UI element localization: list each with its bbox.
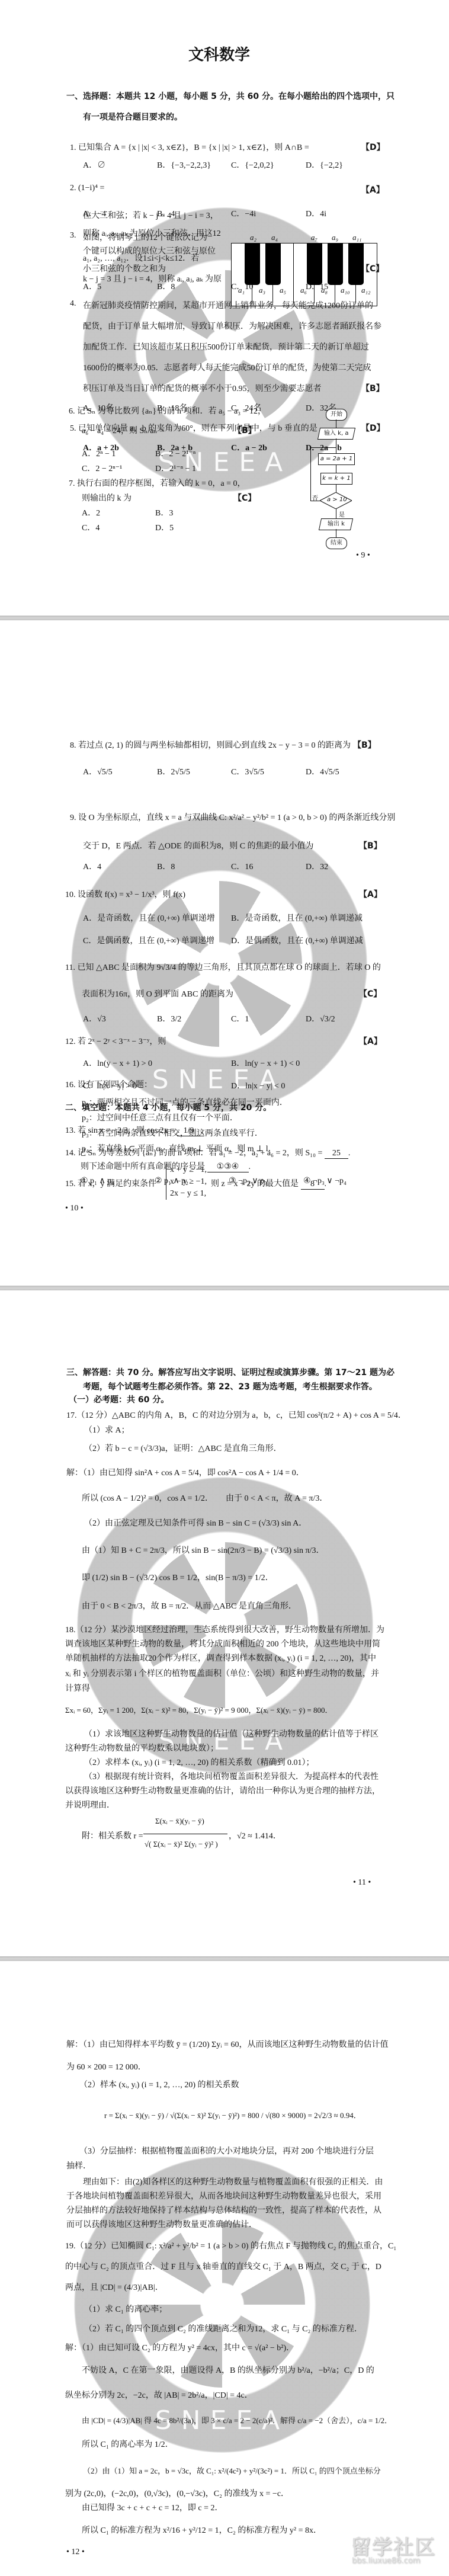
page-10: SNEEA 8. 若过点 (2, 1) 的圆与两坐标轴都相切，则圆心到直线 2x… [0,620,449,1286]
q4-line-5: 积压订单及当日订单的配货的概率不小于0.95，则至少需要志愿者 [83,382,322,394]
q11-option-c: C．1 [231,1013,249,1024]
q18-fraction-bar [143,1834,227,1834]
q18-solution-5: （3）分层抽样：根据植物覆盖面积的大小对地块分层，再对 200 个地块进行分层 [79,2145,374,2157]
section3-sub: （一）必考题：共 60 分。 [69,1393,169,1405]
q3-stem-line-6: 个键可以构成的原位大三和弦与原位 [83,245,216,257]
q2-option-d: D．4i [306,207,326,219]
q16-prop-2: p₂：过空间中任意三点有且仅有一个平面． [82,1111,238,1123]
section1-heading: 一、选择题：本题共 12 小题，每小题 5 分，共 60 分。在每小题给出的四个… [66,90,395,102]
fc-yes: 是 [339,510,345,518]
page-separator-2 [0,1286,449,1290]
q12-stem: 12. 若 2ˣ − 2ʸ < 3⁻ˣ − 3⁻ʸ，则 [65,1035,166,1047]
q3-answer: 【C】 [361,262,384,274]
q9-option-a: A．4 [83,860,101,872]
q3-option-c: C．10 [231,280,253,292]
section3-heading: 三、解答题：共 70 分。解答应写出文字说明、证明过程或演算步骤。第 17～21… [66,1366,395,1378]
key-label-a7: a₇ [311,233,317,242]
q19-solution-3: 纵坐标分别为 2c，−2c，故 |AB| = 2b²/a，|CD| = 4c． [65,2389,253,2401]
q19-part-1: （1）求 C₁ 的离心率； [84,2303,167,2315]
q19-solution-4: 由 |CD| = (4/3)|AB| 得 4c = 8b²/(3a)，即 3 ×… [82,2414,392,2426]
q19-solution-9: 所以 C₁ 的标准方程为 x²/16 + y²/12 = 1，C₂ 的标准方程为… [82,2524,322,2536]
q4-line-3: 加配货工作．已知该超市某日积压500份订单未配货，预计第二天的新订单超过 [83,341,369,353]
q11-option-b: B．3/2 [157,1013,181,1024]
key-label-a12: a₁₂ [361,286,371,295]
q9-option-d: D．32 [306,860,328,872]
q9-line-2: 交于 D，E 两点．若 △ODE 的面积为8，则 C 的焦距的最小值为 [83,840,314,851]
q4-line-2: 配货，由于订单量大幅增加，导致订单积压．为解决困难，许多志愿者踊跃报名参 [83,320,381,332]
q10-option-c: C．是偶函数，且在 (0,+∞) 单调递增 [83,934,214,946]
section1-heading-2: 有一项是符合题目要求的。 [83,111,182,123]
q19-line-3: 两点，且 |CD| = (4/3)|AB|． [65,2281,163,2293]
q3-option-b: B．8 [157,280,175,292]
q1-option-a: A．∅ [83,159,105,171]
q18-solution-7: 理由如下：由(2)知各样区的这种野生动物数量与植物覆盖面积有很强的正相关．由 [83,2175,383,2187]
q6-stem-2-shown: a₆ − a₄ = 24，则 Sₙ/aₙ = [82,424,164,436]
q8-option-b: B．2√5/5 [157,765,190,777]
q18-part-3a: （3）根据现有统计资料，各地块间植物覆盖面积差异很大．为提高样本的代表性 [84,1770,379,1782]
site-watermark-title: 留学社区 [351,2531,436,2560]
q16-choice-1: ① p₁ ∧ p₄ [81,1176,114,1186]
q15-constraint-3: 2x − y ≤ 1, [170,1188,207,1200]
fc-output: 输出 k [319,518,353,530]
fc-start: 开始 [326,409,347,421]
q8-option-a: A．√5/5 [83,765,113,777]
q9-option-c: C．16 [231,860,253,872]
q18-part-1b: 这种野生动物数量的平均数乘以地块数）； [65,1742,219,1754]
q19-part-2: （2）若 C₁ 的四个顶点到 C₂ 的准线距离之和为12，求 C₁ 与 C₂ 的… [84,2322,363,2334]
key-label-a4: a₄ [271,233,278,242]
q8-answer: 【B】 [353,739,376,751]
q14-answer-blank: 25 [325,1149,348,1159]
q3-stem-line-4: 位大三和弦；若 k − j = 4 且 j − i = 3， [83,209,219,221]
q1-answer: 【D】 [361,141,385,153]
q18-appendix-den: √( Σ(xᵢ − x̄)² Σ(yᵢ − ȳ)² ) [145,1840,218,1849]
q18-part-3b: 以获得该地区这种野生动物数量更准确的估计，请给出一种你认为更合理的抽样方法， [65,1784,380,1796]
q16-answer-blank: ①③④ [207,1162,249,1172]
q9-option-b: B．8 [157,860,175,872]
q3-stem-line-5: 则称 aᵢ, aⱼ, aₖ 为原位小三和弦．用这12 [83,227,221,239]
section3-heading-2: 考题，每个试题考生都必须作答。第 22、23 题为选考题，考生根据要求作答。 [83,1380,377,1392]
page-number-11: • 11 • [353,1878,371,1888]
q19-solution-8: 由已知得 3c + c + c + c = 12，即 c = 2． [82,2501,223,2513]
q18-part-3c: 并说明理由． [65,1799,115,1811]
q9-line-1: 9. 设 O 为坐标原点，直线 x = a 与双曲线 C: x²/a² − y²… [70,811,395,823]
q18-solution-6: 抽样． [66,2160,91,2171]
q5-option-c: C．a − 2b [231,441,267,453]
q18-part-1a: （1）求该地区这种野生动物数量的估计值（这种野生动物数量的估计值等于样区 [84,1728,379,1739]
page-9: SNEEA 文科数学 一、选择题：本题共 12 小题，每小题 5 分，共 60 … [0,0,449,616]
q19-line-1: 19.（12 分）已知椭圆 C₁: x²/a² + y²/b² = 1 (a >… [65,2239,396,2251]
q2-stem: 2. (1−i)⁴ = [70,184,104,193]
q19-solution-2: 不妨设 A，C 在第一象限，由题设得 A，B 的纵坐标分别为 b²/a，−b²/… [82,2364,374,2376]
q11-option-a: A．√3 [83,1013,106,1024]
q18-line-5: 计算得 [65,1682,90,1694]
page-12: SNEEA 解：（1）由已知得样本平均数 ȳ = (1/20) Σyᵢ = 60… [0,1961,449,2576]
q1-option-d: D．{−2,2} [306,159,343,171]
q12-answer: 【A】 [359,1035,382,1047]
key-label-a9: a₉ [332,233,338,242]
fc-step1: a = 2a + 1 [318,453,355,465]
q10-answer: 【A】 [359,888,382,900]
q18-appendix-num: Σ(xᵢ − x̄)(yᵢ − ȳ) [155,1816,204,1826]
q18-solution-8: 于各地块间植物覆盖面积差异很大，从而各地块间这种野生动物数量差异也很大，采用 [66,2190,381,2202]
q11-answer: 【C】 [359,988,381,999]
q17-part-2: （2）若 b − c = (√3/3)a，证明：△ABC 是直角三角形． [84,1442,282,1454]
q6-answer: 【B】 [233,424,256,436]
q9-answer: 【B】 [359,840,382,851]
q5-answer: 【D】 [361,422,385,434]
key-label-a10: a₁₀ [341,286,350,295]
key-label-a11: a₁₁ [352,233,362,242]
q6-option-a: A．2ⁿ − 1 [82,447,116,459]
q4-answer: 【B】 [361,382,384,394]
q18-solution-3: （2）样本 (xᵢ, yᵢ) (i = 1, 2, …, 20) 的相关系数 [79,2078,239,2090]
q18-line-3: 单随机抽样的方法抽取20个作为样区，调查得到样本数据 (xᵢ, yᵢ) (i =… [65,1652,376,1664]
q3-option-a: A．5 [83,280,101,292]
q19-solution-6: （2）由（1）知 a = 2c，b = √3c，故 C₁: x²/(4c²) +… [83,2465,381,2476]
q8-stem: 8. 若过点 (2, 1) 的圆与两坐标轴都相切，则圆心到直线 2x − y −… [70,739,351,751]
q16-prop-3: p₃：若空间两条直线不相交，则这两条直线平行． [82,1127,263,1139]
q16-ask: 则下述命题中所有真命题的序号是 ①③④. [81,1160,251,1172]
q18-line-2: 调查该地区某种野生动物的数量，将其分成面积相近的 200 个地块，从这些地块中用… [65,1638,380,1649]
q17-solution-6: 由于 0 < B < 2π/3，故 B = π/2．从而 △ABC 是直角三角形… [82,1600,297,1611]
q11-line-2: 表面积为16π，则 O 到平面 ABC 的距离为 [82,988,233,999]
q12-option-b: B．ln(y − x + 1) < 0 [231,1057,300,1069]
q19-line-2: 的中心与 C₂ 的顶点重合．过 F 且与 x 轴垂直的直线交 C₁ 于 A，B … [65,2260,381,2272]
q19-solution-5: 所以 C₁ 的离心率为 1/2． [82,2438,174,2450]
q4-line-4: 1600份的概率为0.05．志愿者每人每天能完成50份订单的配货，为使第二天完成 [83,361,371,373]
q10-stem-correct: 10. 设函数 f(x) = x³ − 1/x³，则 f(x) [65,888,185,900]
q12-option-a: A．ln(y − x + 1) > 0 [83,1057,152,1069]
q7-option-b: B．3 [155,507,173,518]
q7-stem-2: 则输出的 k 为 [82,492,132,504]
q17-part-1: （1）求 A； [84,1424,130,1436]
fc-no: 否 [312,493,318,502]
q17-solution-1: 解：（1）由已知得 sin²A + cos A = 5/4，即 cos²A − … [66,1466,304,1478]
q3-option-d: D．15 [306,280,328,292]
q7-answer: 【C】 [233,492,256,504]
q17-solution-2: 所以 (cos A − 1/2)² = 0，cos A = 1/2． 由于 0 … [82,1492,328,1504]
page-number-10: • 10 • [65,1204,84,1213]
q18-line-4: xᵢ 和 yᵢ 分别表示第 i 个样区的植物覆盖面积（单位：公顷）和这种野生动物… [65,1667,379,1679]
page-separator-1 [0,616,449,620]
q16-stem-line: 16. 设有下列四个命题： [65,1078,152,1090]
q16-choice-4: ④ ¬p₃ ∨ ¬p₄ [303,1176,347,1186]
q7-option-c: C．4 [82,521,100,533]
q3-stem-line-7: 小三和弦的个数之和为 [83,262,166,274]
q11-line-1: 11. 已知 △ABC 是面积为 9√3/4 的等边三角形，且其顶点都在球 O … [65,961,381,973]
q6-option-c: C．2 − 2ⁿ⁻¹ [82,462,122,474]
site-watermark-url: bbs.liuxue86.com [352,2556,420,2565]
q1-option-b: B．{−3,−2,2,3} [157,159,211,171]
q4-line-1: 在新冠肺炎疫情防控期间，某超市开通网上销售业务，每天能完成1200份订单的 [83,299,373,311]
page-11: SNEEA 三、解答题：共 70 分。解答应写出文字说明、证明过程或演算步骤。第… [0,1290,449,1956]
page-number-9: • 9 • [356,551,370,560]
q17-stem: 17.（12 分）△ABC 的内角 A，B，C 的对边分别为 a，b，c，已知 … [66,1409,406,1421]
q8-option-c: C．3√5/5 [231,765,264,777]
q8-option-d: D．4√5/5 [306,765,339,777]
q16-prop-4: p₄：若直线 l ⊂ 平面 α，直线 m ⊥ 平面 α，则 m ⊥ l． [82,1142,277,1154]
q11-option-d: D．√3/2 [306,1013,335,1024]
fc-step2: k = k + 1 [320,473,352,485]
q2-answer: 【A】 [361,184,384,196]
q18-solution-4: r = Σ(xᵢ − x̄)(yᵢ − ȳ) / √(Σ(xᵢ − x̄)² Σ… [104,2109,361,2120]
q1-stem: 1. 已知集合 A = {x | |x| < 3, x∈Z}，B = {x | … [70,141,309,153]
q17-solution-3: （2）由正弦定理及已知条件可得 sin B − sin C = (√3/3) s… [84,1517,307,1529]
q2-option-c: C．−4i [231,207,256,219]
fc-input: 输入 k, a [317,428,355,440]
piano-figure [231,243,377,306]
q7-stem-1: 7. 执行右面的程序框图，若输入的 k = 0，a = 0， [69,477,246,489]
q4-num: 4. [70,299,76,309]
fc-cond: a > 10 [320,492,352,509]
q18-solution-10: 而可以获得该地区这种野生动物数量更准确的估计． [66,2218,257,2230]
q17-solution-4: 由（1）知 B + C = 2π/3，所以 sin B − sin(2π/3 −… [82,1544,324,1556]
q16-prop-1: p₁：两两相交且不过同一点的三条直线必在同一平面内． [82,1096,288,1108]
key-label-a2: a₂ [250,233,256,242]
q18-solution-9: 分层抽样的方法较好地保持了样本结构与总体结构的一致性，提高了样本的代表性，从 [66,2204,381,2216]
q18-appendix-tail: ，√2 ≈ 1.414． [229,1830,281,1841]
q10-option-b: B．是奇函数，且在 (0,+∞) 单调递减 [231,912,363,924]
page-number-12: • 12 • [66,2548,85,2557]
fc-end: 结束 [326,537,347,549]
q18-solution-2: 为 60 × 200 = 12 000． [66,2061,146,2072]
q6-option-d: D．2¹⁻ⁿ − 1 [155,462,196,474]
q1-option-c: C．{−2,0,2} [231,159,274,171]
q17-solution-5: 即 (1/2) sin B − (√3/2) cos B = 1/2，sin(B… [82,1571,274,1583]
q19-solution-7: 别为 (2c,0)，(−2c,0)，(0,√3c)，(0,−√3c)，C₂ 的准… [65,2487,289,2499]
key-label-a3: a₃ [259,286,265,295]
key-label-a5: a₅ [280,286,286,295]
q10-option-a: A．是奇函数，且在 (0,+∞) 单调递增 [83,912,215,924]
q6-option-b: B．2 − 2¹⁻ⁿ [155,447,195,459]
q6-stem-1: 6. 记 Sₙ 为等比数列 {aₙ} 的前 n 项和．若 a₅ − a₃ = 1… [69,405,266,416]
q18-appendix-label: 附：相关系数 r = [82,1830,143,1841]
q3-line-3: k − j = 3 且 j − i = 4，则称 aᵢ, aⱼ, aₖ 为原 [83,273,222,284]
q7-option-d: D．5 [155,521,174,533]
q19-solution-1: 解：（1）由已知可设 C₂ 的方程为 y² = 4cx，其中 c = √(a² … [65,2341,294,2353]
q18-line-1: 18.（12 分）某沙漠地区经过治理，生态系统得到很大改善，野生动物数量有所增加… [65,1623,384,1635]
q7-option-a: A．2 [82,507,100,518]
q18-sums: Σxᵢ = 60，Σyᵢ = 1 200，Σ(xᵢ − x̄)² = 80，Σ(… [65,1704,333,1715]
q16-choice-2: ② p₁ ∧ p₂ [155,1176,188,1186]
page-separator-3 [0,1956,449,1961]
q16-choice-3: ③ ¬p₂ ∨ p₃ [229,1176,267,1186]
q12-option-d: D．ln|x − y| < 0 [231,1079,285,1091]
q18-part-2: （2）求样本 (xᵢ, yᵢ) (i = 1, 2, …, 20) 的相关系数（… [84,1756,315,1768]
page-title: 文科数学 [188,43,250,65]
q3-num: 3. [70,231,76,241]
q18-solution-1: 解：（1）由已知得样本平均数 ȳ = (1/20) Σyᵢ = 60，从而该地区… [66,2038,388,2050]
q10-option-d: D．是偶函数，且在 (0,+∞) 单调递减 [231,934,363,946]
